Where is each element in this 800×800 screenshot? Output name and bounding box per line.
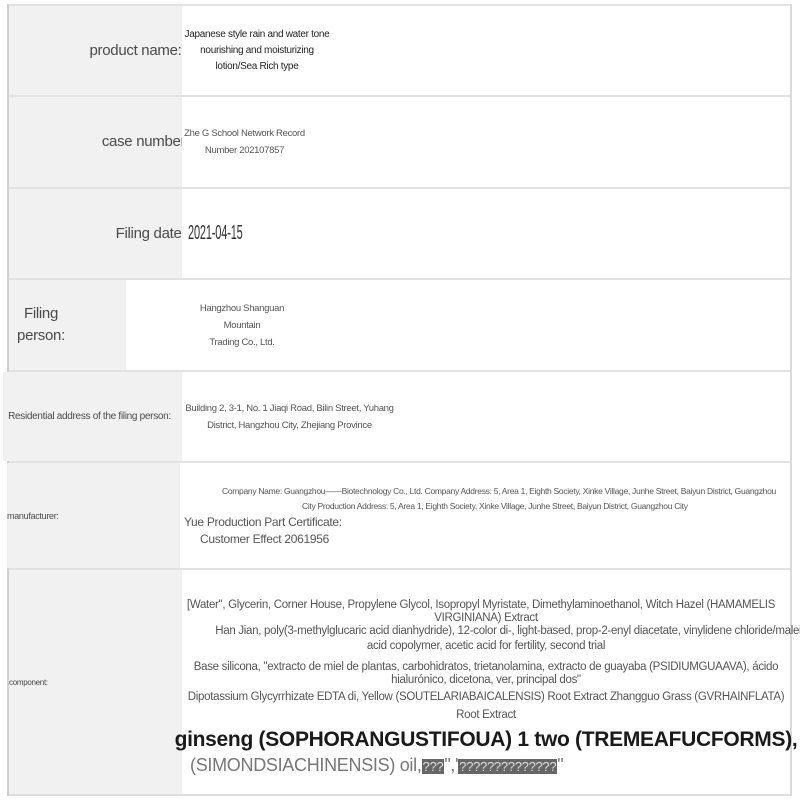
manufacturer-company-line: Company Name: Guangzhou——Biotechnology C… <box>222 484 776 499</box>
row-case-number: case number: Zhe G School Network Record… <box>9 95 790 187</box>
row-filing-person: Filing person: Hangzhou Shanguan Mountai… <box>9 278 790 370</box>
component-line: Dipotassium Glycyrrhizate EDTA di, Yello… <box>188 690 784 705</box>
residential-address-line: District, Hangzhou City, Zhejiang Provin… <box>182 417 397 434</box>
value-component: [Water", Glycerin, Corner House, Propyle… <box>182 570 790 794</box>
redacted-text: ?????????????? <box>458 759 557 774</box>
component-line: hialurónico, dicetona, ver, principal do… <box>391 675 581 686</box>
filing-person-line: Hangzhou Shanguan Mountain <box>182 300 302 334</box>
value-product-name: Japanese style rain and water tone nouri… <box>182 6 790 95</box>
product-name-line: lotion/Sea Rich type <box>182 59 332 75</box>
value-manufacturer: Company Name: Guangzhou——Biotechnology C… <box>182 463 790 568</box>
row-filing-date: Filing date: 2021-04-15 <box>9 187 790 278</box>
component-line: Base silicona, "extracto de miel de plan… <box>194 660 778 675</box>
case-number-line: Number 202107857 <box>182 142 307 159</box>
product-name-line: Japanese style rain and water tone <box>182 27 332 43</box>
component-line: Han Jian, poly(3-methylglucaric acid dia… <box>215 624 800 639</box>
label-manufacturer: manufacturer: <box>7 463 180 568</box>
closing-quote: " <box>557 755 563 775</box>
row-residential-address: Residential address of the filing person… <box>9 370 790 461</box>
filing-record-table: product name: Japanese style rain and wa… <box>7 4 792 796</box>
value-filing-date: 2021-04-15 <box>182 189 790 278</box>
label-component: component: <box>9 570 182 794</box>
value-case-number: Zhe G School Network Record Number 20210… <box>182 97 790 187</box>
product-name-line: nourishing and moisturizing <box>182 43 332 59</box>
manufacturer-company-line: City Production Address: 5, Area 1, Eigh… <box>302 499 688 514</box>
row-product-name: product name: Japanese style rain and wa… <box>9 4 790 95</box>
manufacturer-certificate-line: Yue Production Part Certificate: <box>184 514 342 531</box>
component-last-line: (SIMONDSIACHINENSIS) oil,???",'?????????… <box>190 753 563 779</box>
filing-person-line: Trading Co., Ltd. <box>182 334 302 351</box>
filing-date: 2021-04-15 <box>188 222 243 245</box>
component-line-emphasis: ginseng (SOPHORANGUSTIFOUA) 1 two (TREME… <box>175 727 798 753</box>
value-residential-address: Building 2, 3-1, No. 1 Jiaqi Road, Bilin… <box>182 372 790 461</box>
label-filing-person: Filing person: <box>9 280 126 370</box>
redacted-text: ??? <box>422 759 445 774</box>
component-last-prefix: (SIMONDSIACHINENSIS) oil, <box>190 755 422 775</box>
component-line: [Water", Glycerin, Corner House, Propyle… <box>187 598 775 613</box>
component-line: Root Extract <box>456 708 516 723</box>
quote-separator: ",' <box>444 755 458 775</box>
value-filing-person: Hangzhou Shanguan Mountain Trading Co., … <box>182 280 790 370</box>
row-manufacturer: manufacturer: Company Name: Guangzhou——B… <box>9 461 790 568</box>
residential-address-line: Building 2, 3-1, No. 1 Jiaqi Road, Bilin… <box>182 400 397 417</box>
component-line: acid copolymer, acetic acid for fertilit… <box>367 639 605 654</box>
case-number-line: Zhe G School Network Record <box>182 125 307 142</box>
component-line: VIRGINIANA) Extract <box>434 613 538 624</box>
row-component: component: [Water", Glycerin, Corner Hou… <box>9 568 790 796</box>
manufacturer-certificate-line: Customer Effect 2061956 <box>200 531 329 548</box>
